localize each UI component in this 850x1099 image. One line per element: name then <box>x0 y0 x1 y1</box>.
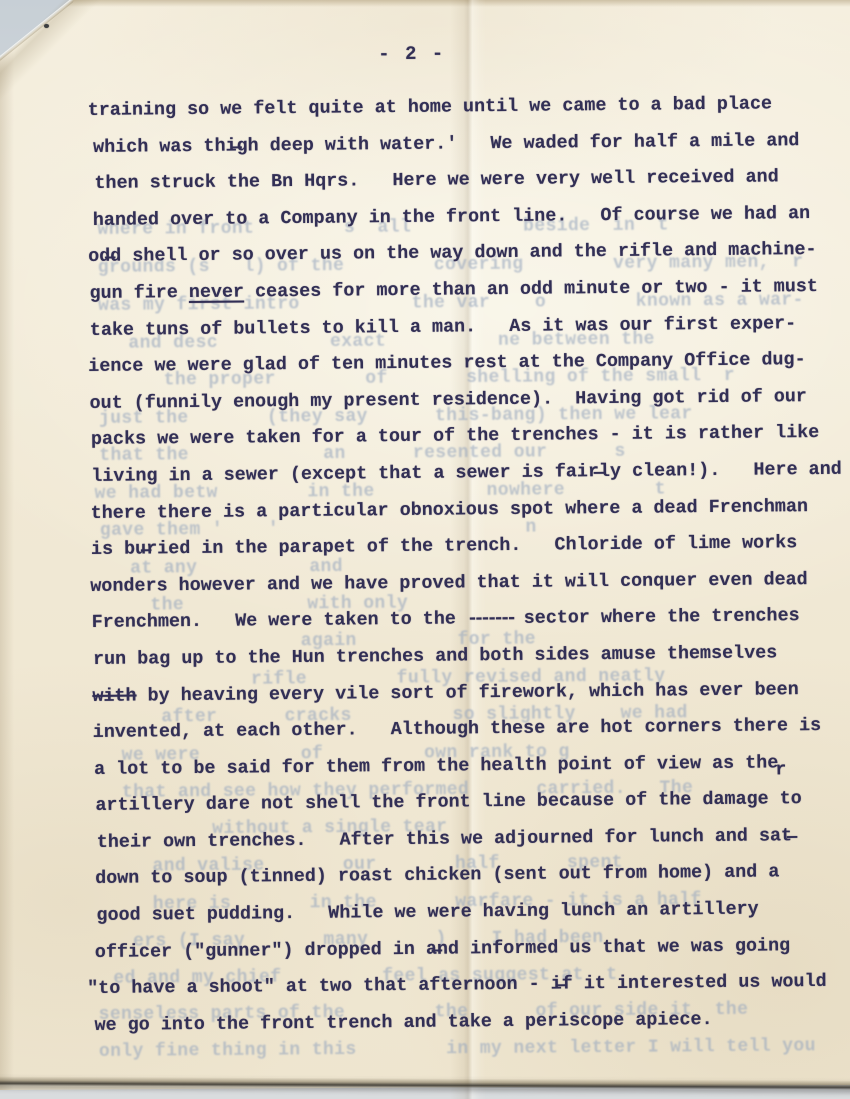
typed-text-layer: - 2 - training so we felt quite at home … <box>0 0 850 1099</box>
typed-line: "to have a shoot" at two that afternoon … <box>87 964 850 1008</box>
page-number: - 2 - <box>378 43 445 66</box>
scanned-letter-page: where in front s all beside in tgrounds … <box>0 0 850 1099</box>
letter-body: training so we felt quite at home until … <box>86 86 850 1045</box>
typed-line: we go into the front trench and take a p… <box>94 1001 850 1045</box>
